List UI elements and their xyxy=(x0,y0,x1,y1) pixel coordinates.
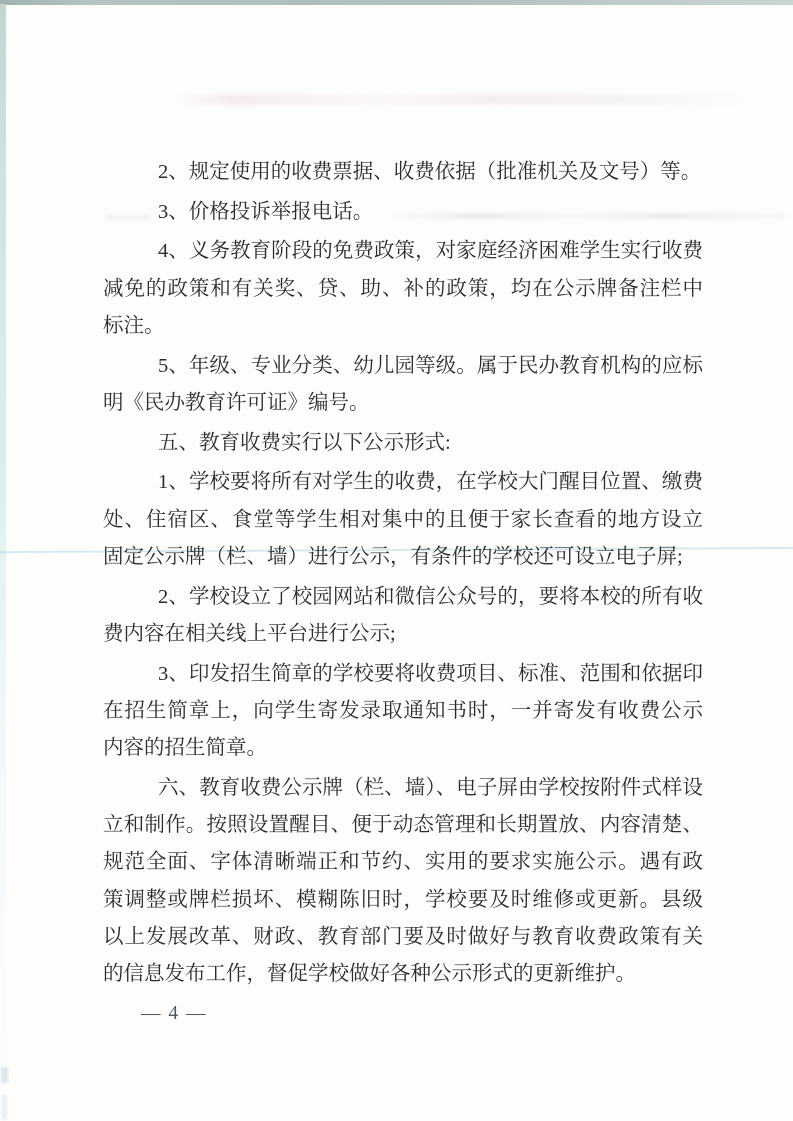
text-line: 明《民办教育许可证》编号。 xyxy=(103,385,703,422)
scan-speck-bottom-left xyxy=(1,1067,8,1083)
paragraph: 2、学校设立了校园网站和微信公众号的，要将本校的所有收费内容在相关线上平台进行公… xyxy=(103,579,703,654)
text-line: 减免的政策和有关奖、贷、助、补的政策，均在公示牌备注栏中 xyxy=(103,271,703,308)
scan-left-edge xyxy=(0,4,6,1121)
document-page: 2、规定使用的收费票据、收费依据（批准机关及文号）等。3、价格投诉举报电话。4、… xyxy=(0,0,793,1121)
text-line: 在招生简章上，向学生寄发录取通知书时，一并寄发有收费公示 xyxy=(103,693,703,730)
scan-speck-bottom-left xyxy=(2,1095,7,1119)
text-line: 六、教育收费公示牌（栏、墙）、电子屏由学校按附件式样设 xyxy=(103,770,703,807)
text-line: 立和制作。按照设置醒目、便于动态管理和长期置放、内容清楚、 xyxy=(103,807,703,844)
page-number: — 4 — xyxy=(141,1003,207,1025)
text-line: 内容的招生简章。 xyxy=(103,730,703,767)
text-line: 规范全面、字体清晰端正和节约、实用的要求实施公示。遇有政 xyxy=(103,844,703,881)
text-line: 4、义务教育阶段的免费政策，对家庭经济困难学生实行收费 xyxy=(103,233,703,270)
text-line: 策调整或牌栏损坏、模糊陈旧时，学校要及时维修或更新。县级 xyxy=(103,882,703,919)
document-body: 2、规定使用的收费票据、收费依据（批准机关及文号）等。3、价格投诉举报电话。4、… xyxy=(103,154,703,996)
text-line: 以上发展改革、财政、教育部门要及时做好与教育收费政策有关 xyxy=(103,919,703,956)
text-line: 处、住宿区、食堂等学生相对集中的且便于家长查看的地方设立 xyxy=(103,502,703,539)
text-line: 3、价格投诉举报电话。 xyxy=(103,194,703,231)
paragraph: 3、印发招生简章的学校要将收费项目、标准、范围和依据印在招生简章上，向学生寄发录… xyxy=(103,656,703,768)
paragraph: 5、年级、专业分类、幼儿园等级。属于民办教育机构的应标明《民办教育许可证》编号。 xyxy=(103,348,703,423)
paragraph: 1、学校要将所有对学生的收费，在学校大门醒目位置、缴费处、住宿区、食堂等学生相对… xyxy=(103,464,703,576)
text-line: 2、规定使用的收费票据、收费依据（批准机关及文号）等。 xyxy=(103,154,703,191)
paragraph: 4、义务教育阶段的免费政策，对家庭经济困难学生实行收费减免的政策和有关奖、贷、助… xyxy=(103,233,703,345)
text-line: 2、学校设立了校园网站和微信公众号的，要将本校的所有收 xyxy=(103,579,703,616)
text-line: 五、教育收费实行以下公示形式: xyxy=(103,425,703,462)
scan-top-edge xyxy=(0,0,793,5)
text-line: 5、年级、专业分类、幼儿园等级。属于民办教育机构的应标 xyxy=(103,348,703,385)
text-line: 固定公示牌（栏、墙）进行公示，有条件的学校还可设立电子屏; xyxy=(103,539,703,576)
text-line: 费内容在相关线上平台进行公示; xyxy=(103,616,703,653)
paragraph: 2、规定使用的收费票据、收费依据（批准机关及文号）等。 xyxy=(103,154,703,191)
text-line: 1、学校要将所有对学生的收费，在学校大门醒目位置、缴费 xyxy=(103,464,703,501)
paragraph: 3、价格投诉举报电话。 xyxy=(103,194,703,231)
text-line: 的信息发布工作，督促学校做好各种公示形式的更新维护。 xyxy=(103,956,703,993)
text-line: 标注。 xyxy=(103,308,703,345)
text-line: 3、印发招生简章的学校要将收费项目、标准、范围和依据印 xyxy=(103,656,703,693)
paragraph: 六、教育收费公示牌（栏、墙）、电子屏由学校按附件式样设立和制作。按照设置醒目、便… xyxy=(103,770,703,994)
scan-smudge-pink xyxy=(175,94,750,105)
paragraph: 五、教育收费实行以下公示形式: xyxy=(103,425,703,462)
